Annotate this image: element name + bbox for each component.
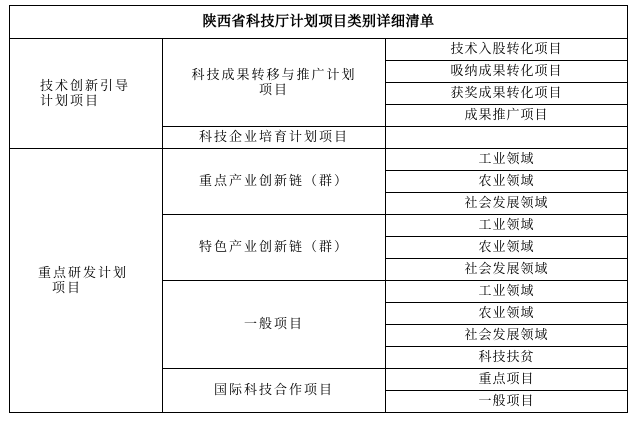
item-cell: 社会发展领域 xyxy=(386,193,628,215)
item-cell: 成果推广项目 xyxy=(386,105,628,127)
subcategory-international-cooperation: 国际科技合作项目 xyxy=(163,369,386,413)
item-cell: 技术入股转化项目 xyxy=(386,39,628,61)
plan-category-table: 陕西省科技厅计划项目类别详细清单 技术创新引导 计划项目 科技成果转移与推广计划… xyxy=(9,5,628,413)
item-cell: 工业领域 xyxy=(386,215,628,237)
category-label-line2: 计划项目 xyxy=(40,94,100,109)
item-cell: 科技扶贫 xyxy=(386,347,628,369)
item-cell: 重点项目 xyxy=(386,369,628,391)
category-label-line2: 项目 xyxy=(38,281,162,296)
item-cell: 农业领域 xyxy=(386,237,628,259)
category-label-line1: 技术创新引导 xyxy=(40,79,130,94)
item-cell-empty xyxy=(386,127,628,149)
category-key-rd-program: 重点研发计划 项目 xyxy=(10,149,163,413)
subcategory-label-line2: 项目 xyxy=(259,83,289,98)
subcategory-featured-industry-chain: 特色产业创新链（群） xyxy=(163,215,386,281)
item-cell: 农业领域 xyxy=(386,171,628,193)
item-cell: 农业领域 xyxy=(386,303,628,325)
item-cell: 一般项目 xyxy=(386,391,628,413)
category-tech-innovation-guidance: 技术创新引导 计划项目 xyxy=(10,39,163,149)
subcategory-label-line1: 科技成果转移与推广计划 xyxy=(191,68,356,83)
table-title: 陕西省科技厅计划项目类别详细清单 xyxy=(10,6,628,39)
subcategory-enterprise-incubation: 科技企业培育计划项目 xyxy=(163,127,386,149)
item-cell: 工业领域 xyxy=(386,149,628,171)
subcategory-general-projects: 一般项目 xyxy=(163,281,386,369)
subcategory-key-industry-chain: 重点产业创新链（群） xyxy=(163,149,386,215)
subcategory-achievement-transfer: 科技成果转移与推广计划 项目 xyxy=(163,39,386,127)
item-cell: 获奖成果转化项目 xyxy=(386,83,628,105)
category-label-line1: 重点研发计划 xyxy=(38,266,128,281)
item-cell: 社会发展领域 xyxy=(386,259,628,281)
item-cell: 吸纳成果转化项目 xyxy=(386,61,628,83)
item-cell: 工业领域 xyxy=(386,281,628,303)
item-cell: 社会发展领域 xyxy=(386,325,628,347)
